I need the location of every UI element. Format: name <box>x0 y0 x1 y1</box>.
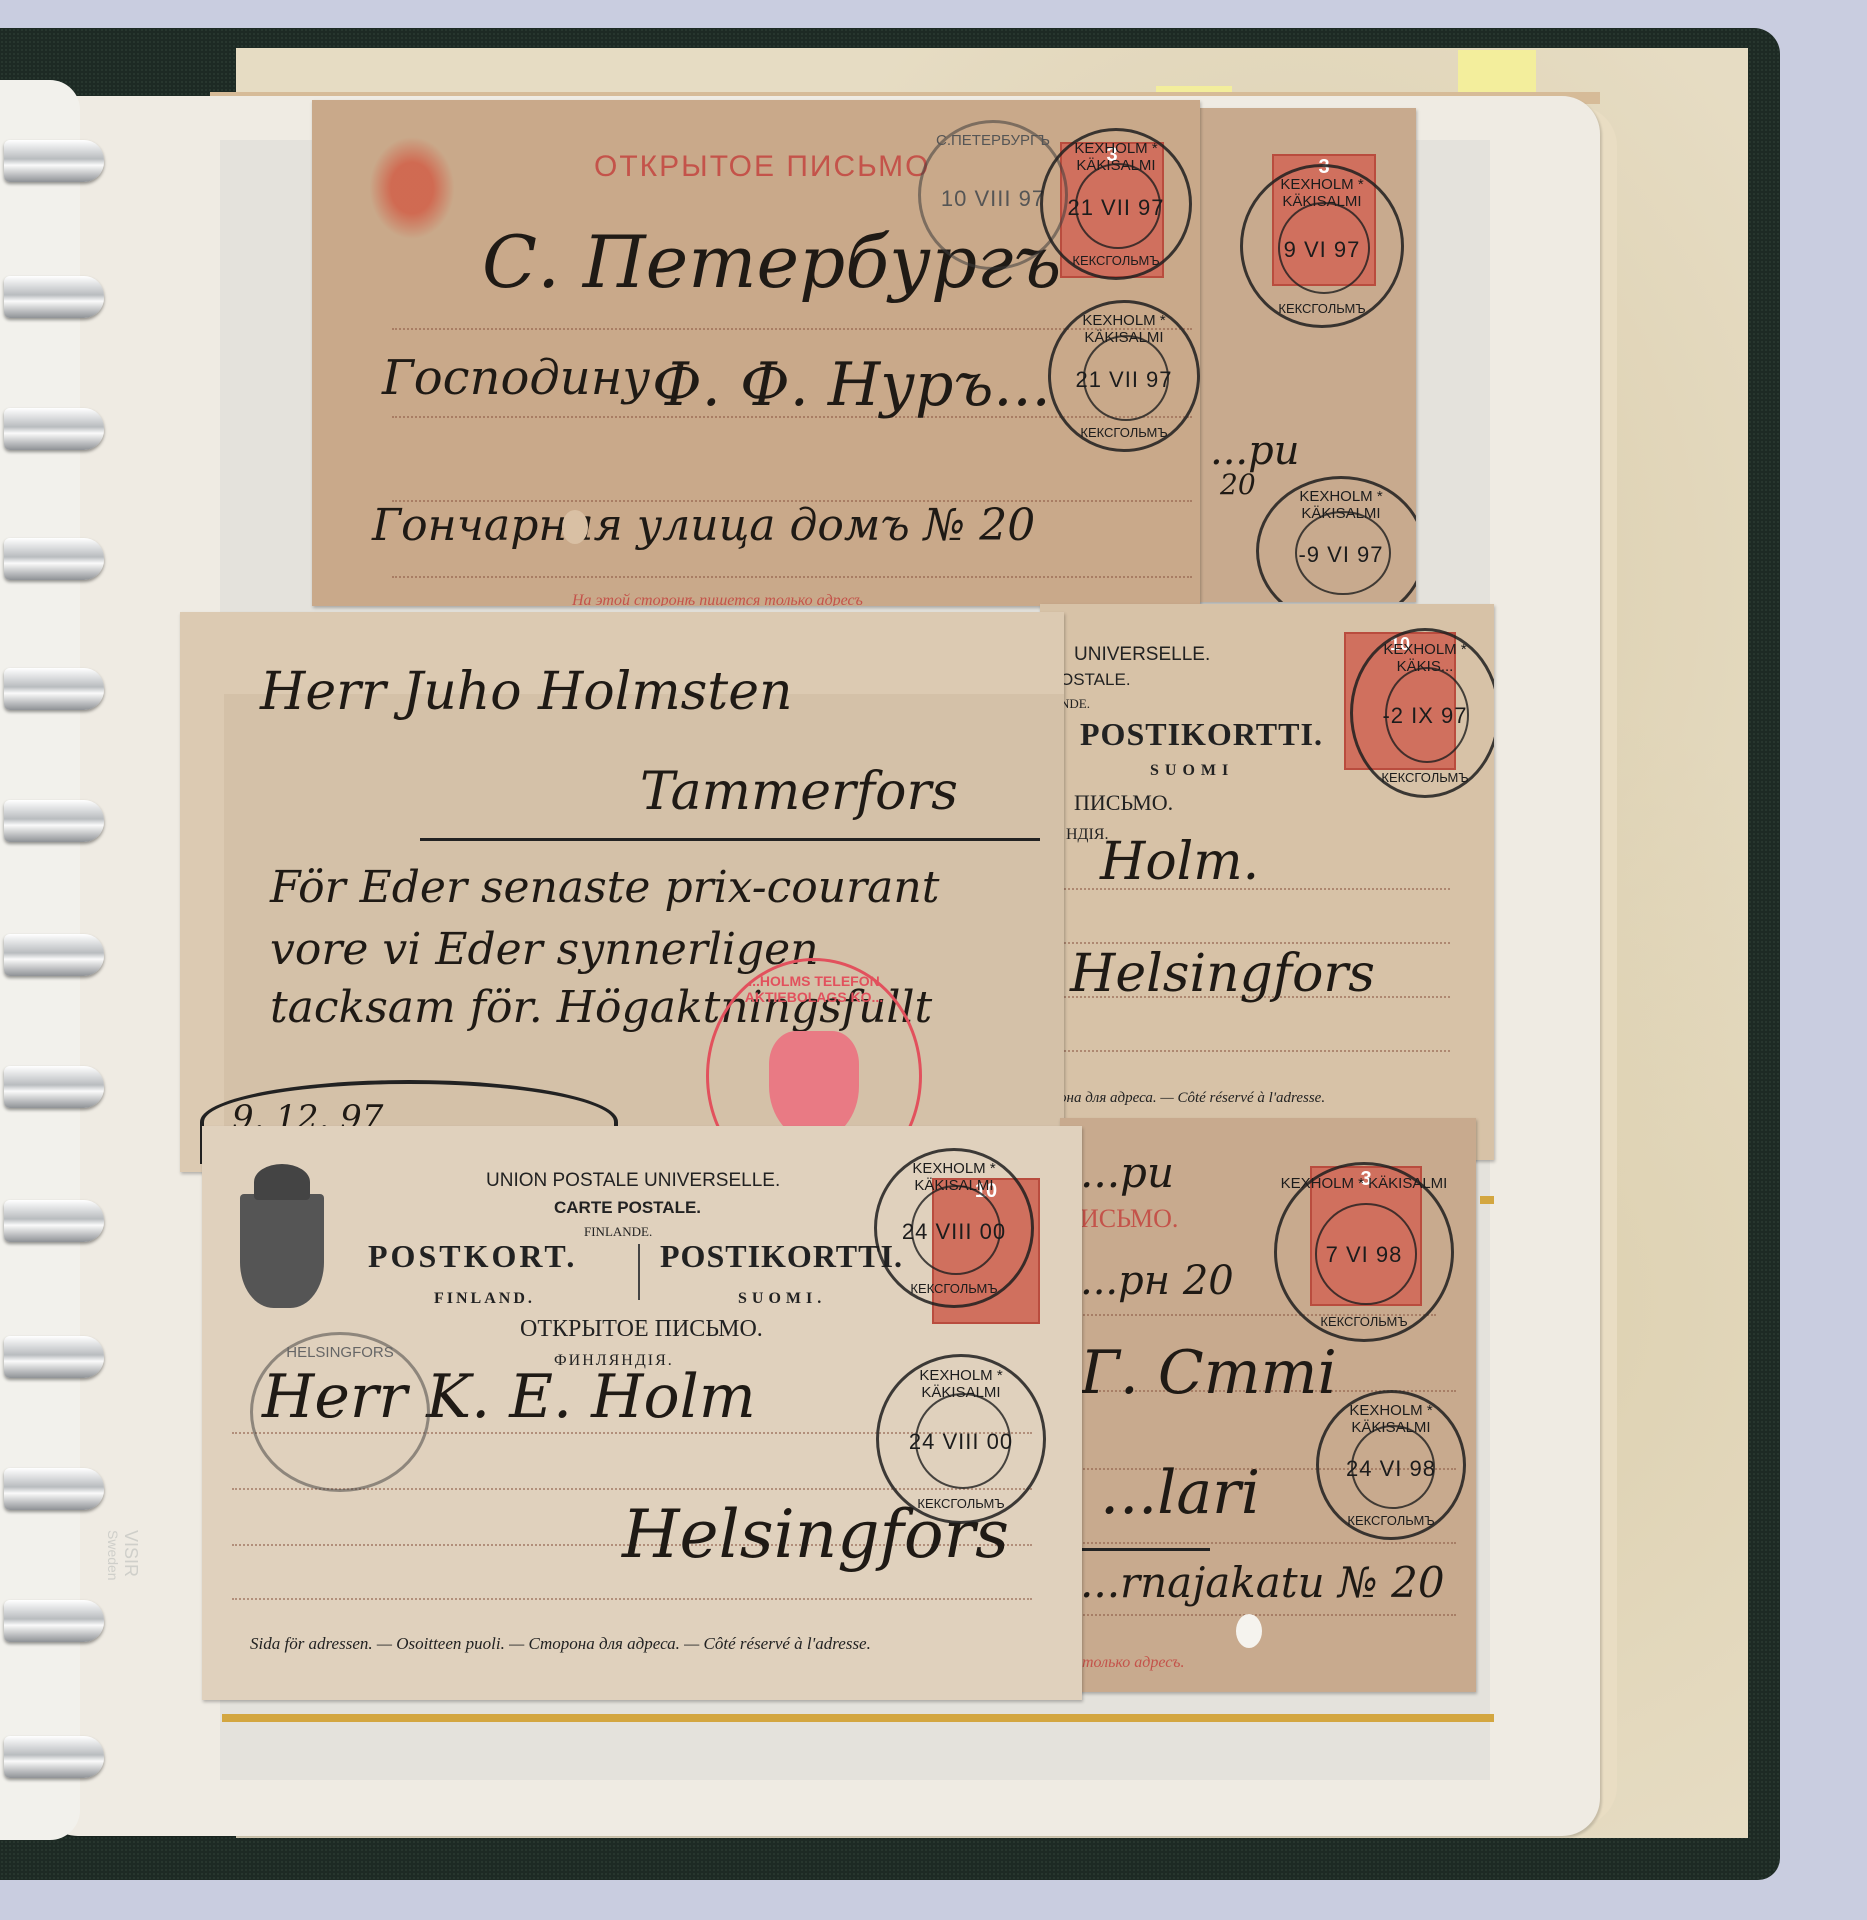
ring-icon <box>4 1736 104 1778</box>
underline <box>420 838 1040 841</box>
ring-icon <box>4 1200 104 1242</box>
title-divider <box>638 1244 640 1300</box>
header-line: FINLANDE. <box>584 1224 652 1240</box>
postcard-2[interactable]: 3 KEXHOLM * KÄKISALMI 9 VI 97 КЕКСГОЛЬМЪ… <box>1180 108 1416 602</box>
address-name: Ф. Ф. Нуръ... <box>652 350 1051 420</box>
postmark-kexholm: KEXHOLM * KÄKISALMI 24 VIII 00 КЕКСГОЛЬМ… <box>874 1148 1034 1308</box>
seal-text: ...HOLMS TELEFON AKTIEBOLAGS KO... <box>719 973 909 1005</box>
ring-icon <box>4 140 104 182</box>
message-line: För Eder senaste prix-courant <box>270 862 939 913</box>
card-header: ИСЬМО. <box>1080 1204 1178 1234</box>
finnish-lion-crest-icon <box>240 1194 324 1308</box>
address-city: Helsingfors <box>1070 944 1375 1004</box>
address-line <box>1064 1050 1450 1052</box>
header-line: UNIVERSELLE. <box>1074 644 1210 666</box>
gold-rule-right <box>1480 1196 1494 1204</box>
address-fragment: 20 <box>1220 468 1256 501</box>
header-line: UNION POSTALE UNIVERSELLE. <box>486 1170 780 1192</box>
address-salutation: Господину <box>382 350 650 406</box>
postmark-kexholm: KEXHOLM * KÄKISALMI 9 VI 97 КЕКСГОЛЬМЪ <box>1240 164 1404 328</box>
ring-icon <box>4 934 104 976</box>
postcard-5[interactable]: UNION POSTALE UNIVERSELLE. CARTE POSTALE… <box>202 1126 1082 1700</box>
postcard-4[interactable]: UNIVERSELLE. OSTALE. NDE. POSTIKORTTI. S… <box>1040 604 1494 1160</box>
message-line: Tammerfors <box>640 762 958 822</box>
ring-icon <box>4 800 104 842</box>
message-line: Herr Juho Holmsten <box>260 662 792 722</box>
ring-icon <box>4 408 104 450</box>
card-footer: На этой сторонѣ пишется только адресъ <box>572 592 863 606</box>
postmark-kexholm: KEXHOLM * KÄKISALMI 21 VII 97 КЕКСГОЛЬМЪ <box>1040 128 1192 280</box>
punch-hole-patch <box>562 510 588 544</box>
card-title-finnish: POSTIKORTTI. <box>660 1238 903 1275</box>
underline <box>1070 1548 1210 1551</box>
postmark-kexholm: KEXHOLM * KÄKISALMI 21 VII 97 КЕКСГОЛЬМЪ <box>1048 300 1200 452</box>
postmark-kexholm: KEXHOLM * KÄKISALMI 7 VI 98 КЕКСГОЛЬМЪ <box>1274 1162 1454 1342</box>
header-line: OSTALE. <box>1060 670 1131 690</box>
ring-icon <box>4 1468 104 1510</box>
ring-icon <box>4 1066 104 1108</box>
card-subtitle-finnish: SUOMI. <box>738 1290 826 1308</box>
ring-icon <box>4 538 104 580</box>
postmark-kexholm: KEXHOLM * KÄKIS... -2 IX 97 КЕКСГОЛЬМЪ <box>1350 628 1494 798</box>
address-line <box>1076 1542 1456 1544</box>
ring-icon <box>4 276 104 318</box>
crown-icon <box>254 1164 310 1200</box>
address-line <box>1076 1614 1456 1616</box>
postcard-6[interactable]: ИСЬМО. ...ри ...рн 20 Г. Сmmi ...lari ..… <box>1060 1118 1476 1692</box>
ring-icon <box>4 1336 104 1378</box>
address-line-text: ...rnajakatu № 20 <box>1080 1558 1445 1607</box>
postcard-3[interactable]: Herr Juho Holmsten Tammerfors För Eder s… <box>180 612 1064 1172</box>
ru-line: ОТКРЫТОЕ ПИСЬМО. <box>520 1316 763 1343</box>
card-title-swedish: POSTKORT. <box>368 1238 577 1275</box>
album-brand-imprint: VISIR Sweden <box>104 1530 140 1581</box>
address-line-text: Г. Сmmi <box>1080 1338 1337 1408</box>
brand-name: VISIR <box>122 1530 140 1581</box>
address-line-text: ...ри <box>1080 1148 1174 1197</box>
address-line-text: ...рн 20 <box>1080 1258 1234 1304</box>
message-line: vore vi Eder synnerligen <box>270 924 819 975</box>
postmark-kexholm: KEXHOLM * KÄKISALMI -9 VI 97 <box>1256 476 1416 602</box>
address-line <box>392 576 1192 578</box>
card-footer: ...только адресъ. <box>1070 1654 1184 1672</box>
ring-icon <box>4 668 104 710</box>
card-title: POSTIKORTTI. <box>1080 716 1323 753</box>
address-line <box>232 1598 1032 1600</box>
address-line-text: ...lari <box>1100 1458 1260 1528</box>
imperial-eagle-icon <box>362 128 462 248</box>
card-subtitle-swedish: FINLAND. <box>434 1290 535 1308</box>
ring-icon <box>4 1600 104 1642</box>
card-footer: Sida för adressen. — Osoitteen puoli. — … <box>250 1634 871 1654</box>
card-subtitle: SUOMI <box>1150 762 1234 780</box>
gold-rule-bottom <box>222 1714 1494 1722</box>
header-line: NDE. <box>1060 696 1090 712</box>
card-footer: орона для адреса. — Côté réservé à l'adr… <box>1044 1090 1325 1107</box>
postmark-kexholm: KEXHOLM * KÄKISALMI 24 VIII 00 КЕКСГОЛЬМ… <box>876 1354 1046 1524</box>
postmark-kexholm: KEXHOLM * KÄKISALMI 24 VI 98 КЕКСГОЛЬМЪ <box>1316 1390 1466 1540</box>
header-line: CARTE POSTALE. <box>554 1198 701 1218</box>
card-header: ОТКРЫТОЕ ПИСЬМО <box>594 150 931 184</box>
brand-origin: Sweden <box>104 1530 122 1581</box>
postmark-helsingfors: HELSINGFORS <box>250 1332 430 1492</box>
address-street: Гончарная улица домъ № 20 <box>372 500 1035 551</box>
seal-crest-icon <box>769 1031 859 1141</box>
address-name: Holm. <box>1100 832 1259 892</box>
ru-line: ПИСЬМО. <box>1074 790 1173 816</box>
postcard-1[interactable]: ОТКРЫТОЕ ПИСЬМО С. Петербургъ Господину … <box>312 100 1200 606</box>
punch-hole <box>1236 1614 1262 1648</box>
